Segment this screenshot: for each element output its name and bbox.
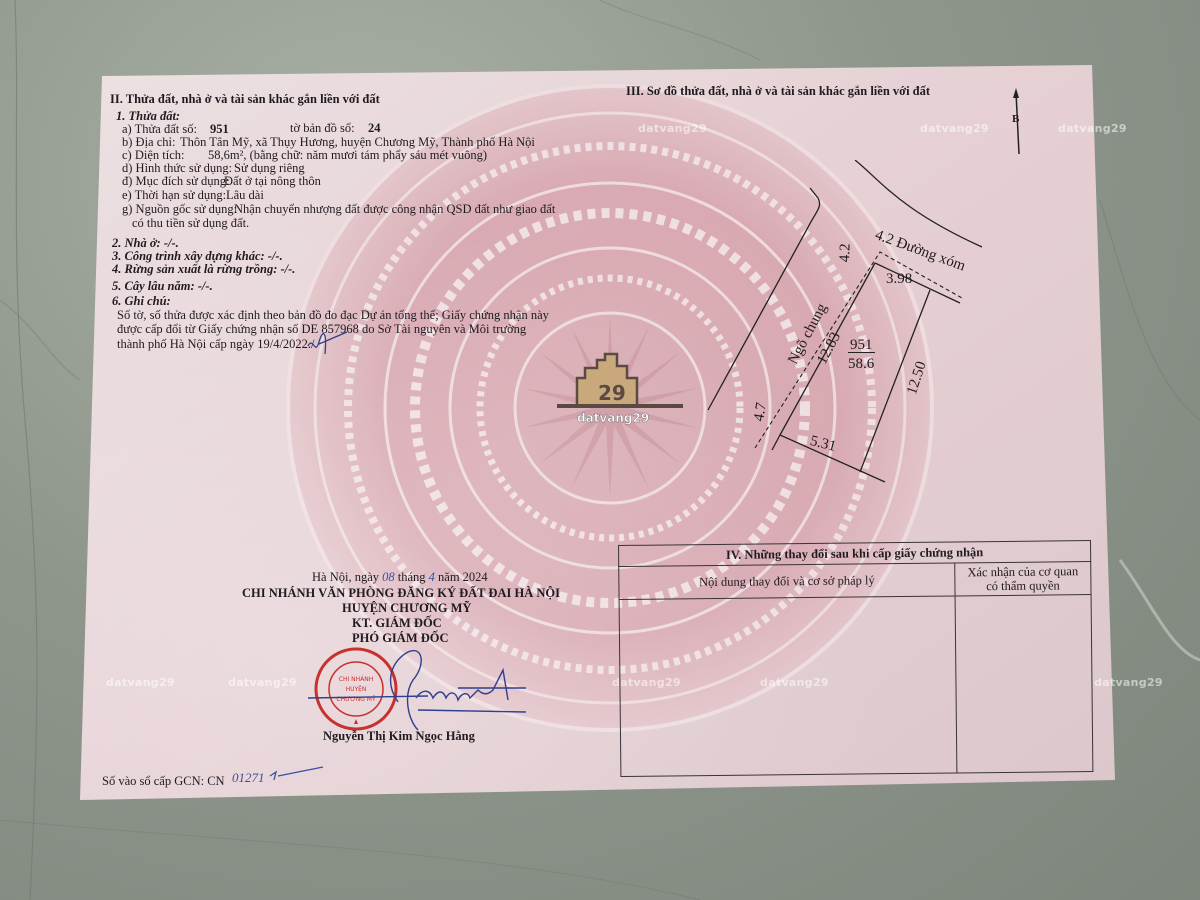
signer-name: Nguyễn Thị Kim Ngọc Hằng <box>323 729 475 743</box>
registry-initial-mark <box>268 764 328 784</box>
watermark-text: datvang29 <box>920 122 989 135</box>
org-line-2: HUYỆN CHƯƠNG MỸ <box>342 601 471 615</box>
purpose-label: đ) Mục đích sử dụng: <box>122 174 229 188</box>
changes-col-header-content: Nội dung thay đổi và cơ sở pháp lý <box>619 563 955 600</box>
address-value: Thôn Tân Mỹ, xã Thụy Hương, huyện Chương… <box>180 135 535 149</box>
parcel-label: a) Thửa đất số: <box>122 122 197 136</box>
other-construction-item: 3. Công trình xây dựng khác: -/-. <box>112 249 283 263</box>
month-label: tháng <box>398 570 426 584</box>
watermark-text: datvang29 <box>638 122 707 135</box>
watermark-text: datvang29 <box>106 676 175 689</box>
handwritten-signature <box>298 640 558 740</box>
registry-value: 01271 <box>232 771 265 785</box>
year-label: năm 2024 <box>438 570 488 584</box>
changes-authority-cell <box>955 595 1093 773</box>
origin-value-line-2: có thu tiền sử dụng đất. <box>132 216 249 230</box>
authority-header-line-1: Xác nhận của cơ quan <box>967 564 1078 579</box>
title-line-1: KT. GIÁM ĐỐC <box>352 616 442 630</box>
house-item: 2. Nhà ở: -/-. <box>112 236 179 250</box>
use-form-label: d) Hình thức sử dụng: <box>122 161 232 175</box>
changes-content-cell <box>619 596 957 777</box>
initials-signature <box>305 326 350 360</box>
land-certificate-page: B II. Thửa đất, nhà ở và tài sản khác gắ… <box>0 0 1200 900</box>
use-form-value: Sử dụng riêng <box>234 161 305 175</box>
forest-item: 4. Rừng sản xuất là rừng trồng: -/-. <box>112 262 295 276</box>
area-label: c) Diện tích: <box>122 148 184 162</box>
authority-header-line-2: có thẩm quyền <box>986 578 1060 593</box>
north-label: B <box>1012 112 1019 126</box>
land-heading: 1. Thửa đất: <box>116 109 180 123</box>
section-iii-title: III. Sơ đồ thửa đất, nhà ở và tài sản kh… <box>626 84 930 98</box>
term-label: e) Thời hạn sử dụng: <box>122 188 226 202</box>
registry-label: Số vào sổ cấp GCN: CN <box>102 774 225 788</box>
land-plot-sketch <box>700 160 1000 490</box>
place-date-prefix: Hà Nội, ngày <box>312 570 379 584</box>
map-sheet-value: 24 <box>368 121 381 135</box>
parcel-value: 951 <box>210 122 229 136</box>
parcel-number: 951 <box>848 338 875 353</box>
origin-value-line-1: Nhận chuyển nhượng đất được công nhận QS… <box>234 202 555 216</box>
parcel-area: 58.6 <box>848 357 874 371</box>
term-value: Lâu dài <box>226 188 264 202</box>
watermark-text: datvang29 <box>1094 676 1163 689</box>
changes-table: IV. Những thay đổi sau khi cấp giấy chứn… <box>618 540 1093 777</box>
watermark-text: datvang29 <box>228 676 297 689</box>
watermark-text: datvang29 <box>1058 122 1127 135</box>
address-label: b) Địa chỉ: <box>122 135 175 149</box>
changes-col-header-authority: Xác nhận của cơ quan có thẩm quyền <box>955 562 1091 596</box>
purpose-value: Đất ở tại nông thôn <box>224 174 321 188</box>
date-day: 08 <box>382 570 395 584</box>
perennial-item: 5. Cây lâu năm: -/-. <box>112 279 213 293</box>
datvang29-logo: 29 datvang29 <box>555 348 685 428</box>
map-sheet-label: tờ bản đồ số: <box>290 121 355 135</box>
date-month: 4 <box>429 570 435 584</box>
lane-width-top: 4.2 <box>838 243 853 262</box>
place-date: Hà Nội, ngày 08 tháng 4 năm 2024 <box>312 570 488 584</box>
lane-width-bottom: 4.7 <box>752 402 769 423</box>
org-line-1: CHI NHÁNH VĂN PHÒNG ĐĂNG KÝ ĐẤT ĐAI HÀ N… <box>242 586 560 600</box>
logo-digits: 29 <box>598 381 626 405</box>
notes-line-3: thành phố Hà Nội cấp ngày 19/4/2022./. <box>117 337 318 351</box>
notes-heading: 6. Ghi chú: <box>112 294 171 308</box>
notes-line-1: Số tờ, số thửa được xác định theo bản đồ… <box>117 308 549 322</box>
edge-top: 3.98 <box>886 272 912 286</box>
logo-brand-text: datvang29 <box>577 411 649 425</box>
section-ii-title: II. Thửa đất, nhà ở và tài sản khác gắn … <box>110 92 380 106</box>
origin-label: g) Nguồn gốc sử dụng: <box>122 202 237 216</box>
area-value: 58,6m², (bằng chữ: năm mươi tám phẩy sáu… <box>208 148 487 162</box>
